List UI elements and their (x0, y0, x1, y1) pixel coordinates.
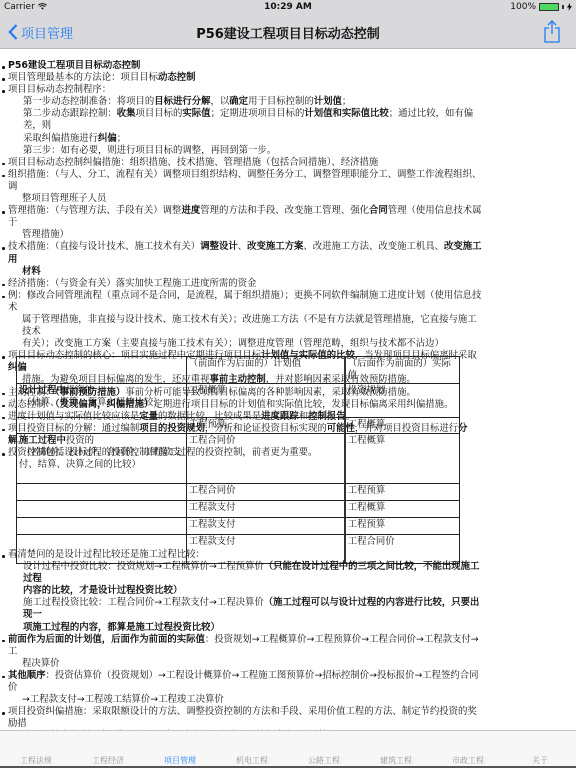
list-item: 项目投资纠偏措施：采取限额设计的方法、调整投资控制的方法和手段、采用价值工程的方… (0, 706, 576, 730)
share-icon (542, 20, 562, 44)
tab-mechanical-electrical[interactable]: 机电工程 (216, 755, 288, 766)
table-cell: 工程预算 (345, 518, 460, 535)
chevron-left-icon (8, 24, 18, 40)
table-cell: 工程款支付 (186, 501, 345, 518)
table-cell: 工程概算 (345, 501, 460, 518)
battery-indicator: 100% (510, 2, 572, 12)
table-row: 工程预算 工程概算 (17, 418, 460, 434)
list-item: P56建设工程项目目标动态控制 (0, 60, 576, 72)
list-item: 项目目标动态控制纠偏措施：组织措施、技术措施、管理措施（包括合同措施）、经济措施 (0, 157, 576, 169)
tab-municipal-engineering[interactable]: 市政工程 (432, 755, 504, 766)
tab-engineering-law[interactable]: 工程法规 (0, 755, 72, 766)
list-item: 其他顺序：投资估算价（投资规划）→工程设计概算价→工程施工图预算价→招标控制价→… (0, 670, 576, 706)
table-cell: 工程预算 (186, 418, 345, 434)
step-3: 第三步：如有必要，则进行项目目标的调整，再回到第一步。 (0, 145, 576, 157)
list-item: 项目目标动态控制程序： (0, 84, 576, 96)
table-cell (17, 484, 187, 501)
construction-comparison: 施工过程投资比较：工程合同价→工程款支付→工程决算价（施工过程可以与设计过程的内… (0, 597, 576, 633)
battery-tip (562, 5, 564, 9)
page-title: P56建设工程项目目标动态控制 (0, 23, 576, 42)
investment-comparison-table: （前面作为后面的）计划值 （后面作为前面的）实际值 设计过程中投资的 （估算、概… (16, 356, 460, 564)
tab-highway-engineering[interactable]: 公路工程 (288, 755, 360, 766)
back-label: 项目管理 (21, 23, 73, 42)
table-cell: 工程合同价 (186, 434, 345, 484)
list-item: 例：修改合同管理流程（重点词不是合同，是流程，属于组织措施）；更换不同软件编制施… (0, 290, 576, 350)
table-cell: 工程合同价 (186, 484, 345, 501)
table-row: 工程合同价 工程预算 (17, 484, 460, 501)
table-row: 设计过程中投资的 （估算、概算、预算之间的比较） 工程概算 投资规划 (17, 384, 460, 418)
step-2-cont: 采取纠偏措施进行纠偏； (0, 133, 576, 145)
design-comparison: 设计过程中投资比较：投资规划→工程概算价→工程预算价（只能在设计过程中的三项之间… (0, 561, 576, 597)
tab-engineering-economics[interactable]: 工程经济 (72, 755, 144, 766)
table-cell: 工程概算 (345, 418, 460, 434)
table-row: 施工过程中投资的 （控制价、投标价、合同价、工程款支付、结算、决算之间的比较） … (17, 434, 460, 484)
step-1: 第一步动态控制准备：将项目的目标进行分解，以确定用于目标控制的计划值； (0, 96, 576, 108)
table-cell: 施工过程中投资的 （控制价、投标价、合同价、工程款支付、结算、决算之间的比较） (17, 434, 187, 484)
step-2: 第二步动态跟踪控制：收集项目目标的实际值；定期进项项目目标的计划值和实际值比较；… (0, 108, 576, 132)
after-table-section: 看清楚问的是设计过程比较还是施工过程比较： 设计过程中投资比较：投资规划→工程概… (0, 549, 576, 730)
list-item: 看清楚问的是设计过程比较还是施工过程比较： (0, 549, 576, 561)
navigation-bar: 项目管理 P56建设工程项目目标动态控制 (0, 16, 576, 49)
list-item: 技术措施：（直接与设计技术、施工技术有关）调整设计、改变施工方案、改进施工方法、… (0, 241, 576, 277)
battery-icon (539, 3, 559, 11)
tab-project-management[interactable]: 项目管理 (144, 755, 216, 766)
share-button[interactable] (542, 20, 562, 44)
tab-bar: 工程法规 工程经济 项目管理 机电工程 公路工程 建筑工程 市政工程 关于 (0, 730, 576, 768)
table-cell: 投资规划 (345, 384, 460, 418)
list-item: 前面作为后面的计划值，后面作为前面的实际值：投资规划→工程概算价→工程预算价→工… (0, 634, 576, 670)
table-cell: 工程概算 (186, 384, 345, 418)
table-cell: 设计过程中投资的 （估算、概算、预算之间的比较） (17, 384, 187, 418)
table-row: 工程款支付 工程预算 (17, 518, 460, 535)
tab-building-engineering[interactable]: 建筑工程 (360, 755, 432, 766)
list-item: 项目管理最基本的方法论：项目目标动态控制 (0, 72, 576, 84)
table-cell: 工程款支付 (186, 518, 345, 535)
status-bar: Carrier 10:29 AM 100% (0, 0, 576, 16)
list-item: 经济措施：（与资金有关）落实加快工程施工进度所需的资金 (0, 278, 576, 290)
table-row: 工程款支付 工程概算 (17, 501, 460, 518)
back-button[interactable]: 项目管理 (8, 21, 73, 43)
charging-icon (567, 3, 572, 11)
list-item: 组织措施：（与人、分工、流程有关）调整项目组织结构、调整任务分工、调整管理职能分… (0, 169, 576, 205)
clock: 10:29 AM (0, 2, 576, 12)
battery-percent: 100% (510, 2, 536, 12)
table-header-cell: （前面作为后面的）计划值 (186, 357, 345, 384)
table-cell (17, 418, 187, 434)
table-cell: 工程预算 (345, 484, 460, 501)
table-header-row: （前面作为后面的）计划值 （后面作为前面的）实际值 (17, 357, 460, 384)
table-header-cell (17, 357, 187, 384)
table-header-cell: （后面作为前面的）实际值 (345, 357, 460, 384)
list-item: 管理措施：（与管理方法、手段有关）调整进度管理的方法和手段、改变施工管理、强化合… (0, 205, 576, 241)
table-cell (17, 518, 187, 535)
table-cell: 工程概算 (345, 434, 460, 484)
tab-about[interactable]: 关于 (504, 755, 576, 766)
article-content[interactable]: P56建设工程项目目标动态控制 项目管理最基本的方法论：项目目标动态控制 项目目… (0, 60, 576, 730)
table-cell (17, 501, 187, 518)
